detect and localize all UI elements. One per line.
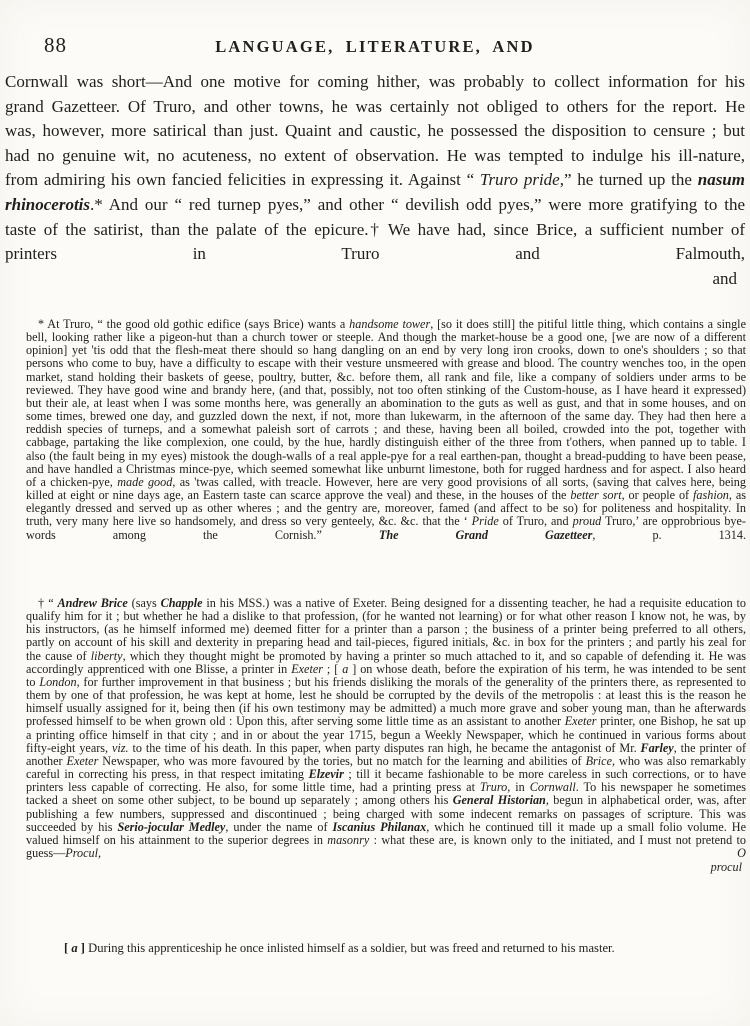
footnote-dagger-paragraph: † “ Andrew Brice (says Chapple in his MS… (26, 597, 746, 860)
footnote-dagger-block: † “ Andrew Brice (says Chapple in his MS… (26, 597, 746, 874)
running-header: LANGUAGE, LITERATURE, AND (0, 37, 750, 57)
footnote-catchword: procul (26, 860, 746, 874)
apprentice-note: [ a ] During this apprenticeship he once… (64, 941, 724, 955)
body-paragraph: Cornwall was short—And one motive for co… (5, 70, 745, 267)
footnote-star-block: * At Truro, “ the good old gothic edific… (26, 318, 746, 542)
book-page-scan: 88 LANGUAGE, LITERATURE, AND Cornwall wa… (0, 0, 750, 1026)
footnote-star-paragraph: * At Truro, “ the good old gothic edific… (26, 318, 746, 542)
body-catchword: and (5, 267, 745, 292)
main-text-block: Cornwall was short—And one motive for co… (5, 70, 745, 291)
